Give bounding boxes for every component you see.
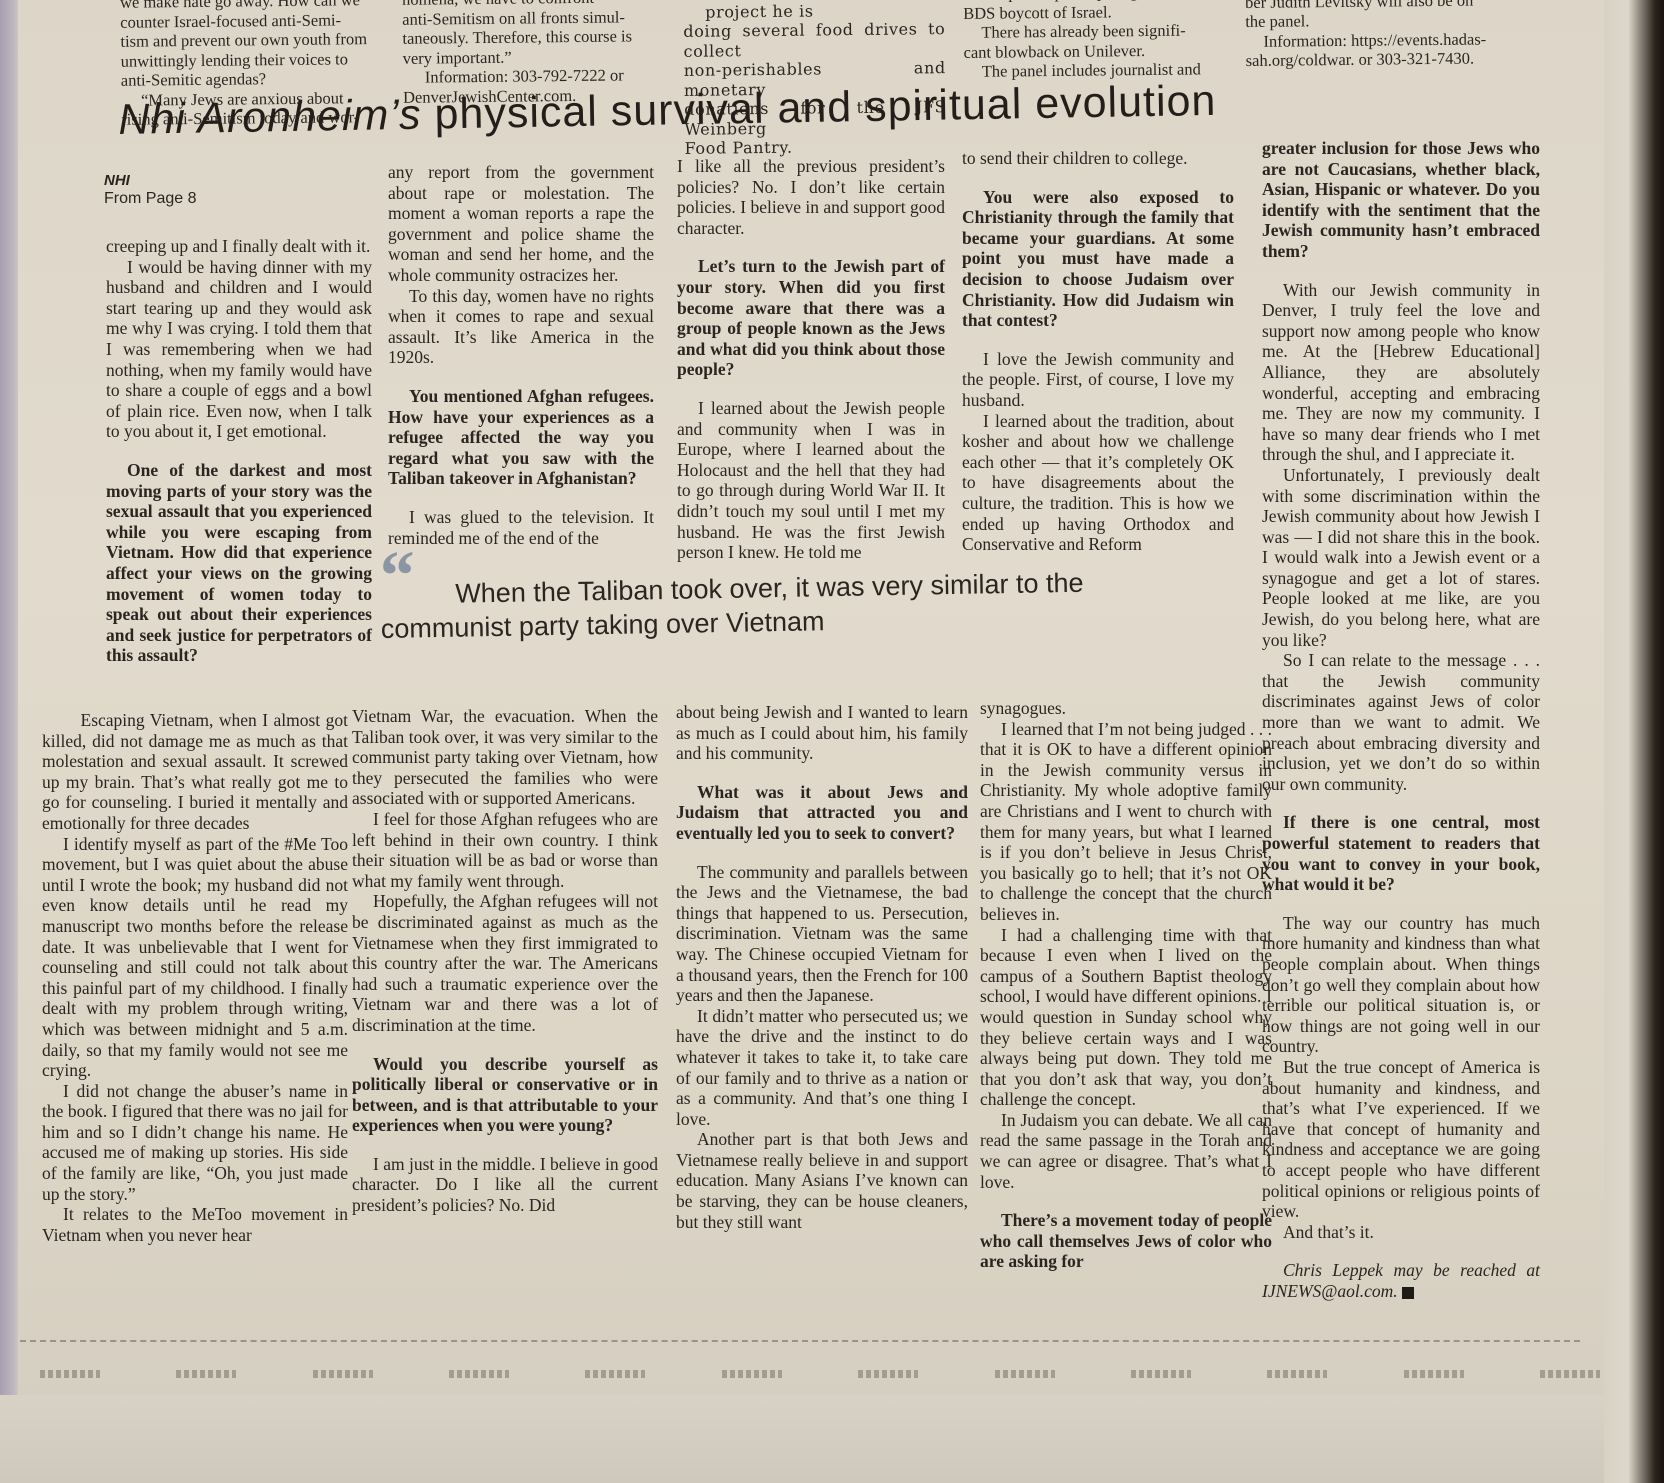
interview-question: greater inclusion for those Jews who are… bbox=[1262, 138, 1540, 262]
footer-mark bbox=[585, 1370, 645, 1378]
cut-line-divider bbox=[20, 1340, 1580, 1342]
text-line: unwittingly lending their voices to bbox=[121, 48, 383, 70]
author-byline: Chris Leppek may be reached at IJNEWS@ao… bbox=[1262, 1260, 1540, 1301]
article-lower-col-1: Escaping Vietnam, when I almost got kill… bbox=[42, 710, 348, 1245]
interview-question: What was it about Jews and Judaism that … bbox=[676, 782, 968, 844]
paragraph: I am just in the middle. I believe in go… bbox=[352, 1154, 658, 1216]
footer-mark bbox=[40, 1370, 100, 1378]
paragraph: I did not change the abuser’s name in th… bbox=[42, 1081, 348, 1205]
paragraph: I would be having dinner with my husband… bbox=[106, 257, 372, 442]
paragraph: I like all the previous president’s poli… bbox=[677, 156, 945, 238]
text-line: BDS boycott of Israel. bbox=[963, 1, 1225, 23]
interview-question: Would you describe yourself as political… bbox=[352, 1054, 658, 1136]
paragraph: It relates to the MeToo movement in Viet… bbox=[42, 1204, 348, 1245]
paragraph: To this day, women have no rights when i… bbox=[388, 286, 654, 368]
footer-mark bbox=[722, 1370, 782, 1378]
footer-mark bbox=[995, 1370, 1055, 1378]
paragraph: But the true concept of America is about… bbox=[1262, 1057, 1540, 1222]
paragraph: Vietnam War, the evacuation. When the Ta… bbox=[352, 706, 658, 809]
headline-name: Nhi Aronheim’s bbox=[118, 91, 422, 144]
paragraph: Escaping Vietnam, when I almost got kill… bbox=[42, 710, 348, 834]
paragraph: The community and parallels between the … bbox=[676, 862, 968, 1006]
interview-question: If there is one central, most powerful s… bbox=[1262, 812, 1540, 894]
footer-mark bbox=[858, 1370, 918, 1378]
text-line: There has already been signifi- bbox=[963, 20, 1225, 42]
quote-mark-icon: “ bbox=[380, 559, 416, 594]
article-lower-col-3: about being Jewish and I wanted to learn… bbox=[676, 702, 968, 1232]
article-upper-col-3: I like all the previous president’s poli… bbox=[677, 156, 945, 563]
text-line: cant blowback on Unilever. bbox=[963, 40, 1225, 62]
article-upper-col-4: to send their children to college. You w… bbox=[962, 148, 1234, 555]
text-line: anti-Semitic agendas? bbox=[121, 68, 383, 90]
article-lower-col-4: synagogues. I learned that I’m not being… bbox=[980, 698, 1272, 1290]
paragraph: to send their children to college. bbox=[962, 148, 1234, 169]
text-line: Information: 303-792-7222 or bbox=[403, 65, 665, 87]
jump-slug: NHI bbox=[104, 172, 196, 190]
paragraph: With our Jewish community in Denver, I t… bbox=[1262, 280, 1540, 465]
article-upper-col-1: creeping up and I finally dealt with it.… bbox=[106, 236, 372, 684]
paragraph: I was glued to the television. It remind… bbox=[388, 507, 654, 548]
paragraph: about being Jewish and I wanted to learn… bbox=[676, 702, 968, 764]
jump-from-page: From Page 8 bbox=[104, 190, 196, 208]
page-bottom-margin bbox=[0, 1395, 1664, 1483]
text-line: sah.org/coldwar. or 303-321-7430. bbox=[1246, 48, 1508, 70]
paragraph: I learned about the tradition, about kos… bbox=[962, 411, 1234, 555]
prev-article-col-4: in companies participating in the BDS bo… bbox=[963, 0, 1226, 81]
jump-line: NHI From Page 8 bbox=[104, 172, 196, 208]
paragraph: I learned that I’m not being judged . . … bbox=[980, 719, 1272, 925]
text-line: anti-Semitism on all fronts simul- bbox=[402, 7, 664, 29]
text-line: Food Pantry. bbox=[684, 136, 946, 158]
text-line: Information: https://events.hadas- bbox=[1245, 29, 1507, 51]
prev-article-col-5: and Hadassah ber Judith Levitsky will al… bbox=[1245, 0, 1508, 70]
footer-mark bbox=[1131, 1370, 1191, 1378]
paragraph: I had a challenging time with that becau… bbox=[980, 925, 1272, 1110]
article-upper-col-2: any report from the government about rap… bbox=[388, 162, 654, 548]
paragraph: I love the Jewish community and the peop… bbox=[962, 349, 1234, 411]
paragraph: Another part is that both Jews and Vietn… bbox=[676, 1129, 968, 1232]
interview-question: You mentioned Afghan refugees. How have … bbox=[388, 386, 654, 489]
paragraph: creeping up and I finally dealt with it. bbox=[106, 236, 372, 257]
paragraph: I feel for those Afghan refugees who are… bbox=[352, 809, 658, 891]
paragraph: any report from the government about rap… bbox=[388, 162, 654, 286]
article-col-5: greater inclusion for those Jews who are… bbox=[1262, 138, 1540, 1301]
footer-mark bbox=[313, 1370, 373, 1378]
end-mark-icon bbox=[1402, 1287, 1414, 1299]
text-line: very important.” bbox=[403, 46, 665, 68]
paragraph: So I can relate to the message . . . tha… bbox=[1262, 650, 1540, 794]
footer-mark bbox=[1267, 1370, 1327, 1378]
paragraph: The way our country has much more humani… bbox=[1262, 913, 1540, 1057]
prev-article-col-3: For Harry’s mitzvah project he is doing … bbox=[683, 0, 947, 158]
paragraph: I learned about the Jewish people and co… bbox=[677, 398, 945, 563]
text-line: tism and prevent our own youth from bbox=[120, 29, 382, 51]
text-line: taneously. Therefore, this course is bbox=[402, 26, 664, 48]
interview-question: You were also exposed to Christianity th… bbox=[962, 187, 1234, 331]
pull-quote-line-2: communist party taking over Vietnam bbox=[381, 606, 825, 644]
paragraph: Unfortunately, I previously dealt with s… bbox=[1262, 465, 1540, 650]
footer-mark bbox=[176, 1370, 236, 1378]
interview-question: One of the darkest and most moving parts… bbox=[106, 460, 372, 666]
footer-mark bbox=[1404, 1370, 1464, 1378]
footer-bleed-through bbox=[40, 1370, 1600, 1384]
paragraph: synagogues. bbox=[980, 698, 1272, 719]
footer-mark bbox=[449, 1370, 509, 1378]
article-lower-col-2: Vietnam War, the evacuation. When the Ta… bbox=[352, 706, 658, 1216]
paragraph: In Judaism you can debate. We all can re… bbox=[980, 1110, 1272, 1192]
page-right-edge bbox=[1604, 0, 1664, 1483]
text-line: the panel. bbox=[1245, 9, 1507, 31]
interview-question: There’s a movement today of people who c… bbox=[980, 1210, 1272, 1272]
paragraph: And that’s it. bbox=[1262, 1222, 1540, 1243]
paragraph: I identify myself as part of the #Me Too… bbox=[42, 834, 348, 1081]
paragraph: It didn’t matter who persecuted us; we h… bbox=[676, 1006, 968, 1130]
footer-mark bbox=[1540, 1370, 1600, 1378]
text-line: doing several food drives to collect bbox=[683, 19, 945, 61]
interview-question: Let’s turn to the Jewish part of your st… bbox=[677, 256, 945, 380]
paragraph: Hopefully, the Afghan refugees will not … bbox=[352, 891, 658, 1035]
text-line: counter Israel-focused anti-Semi- bbox=[120, 9, 382, 31]
